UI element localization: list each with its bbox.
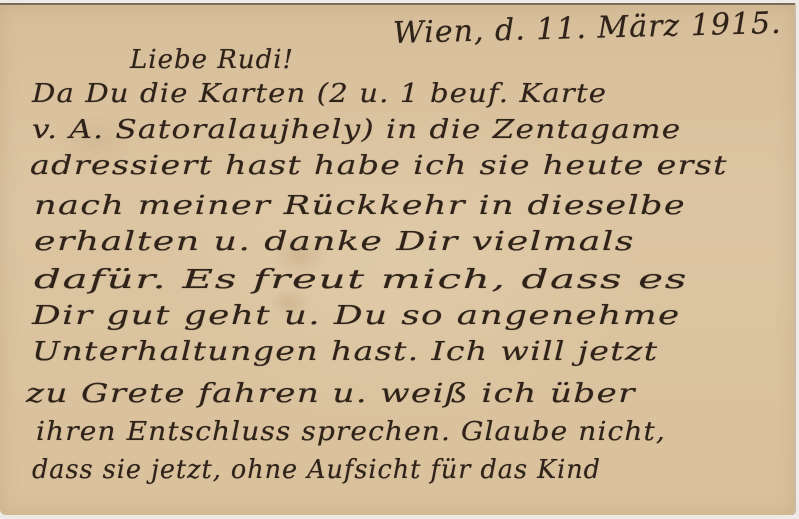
salutation: Liebe Rudi! bbox=[130, 47, 294, 73]
letter-line-11: dass sie jetzt, ohne Aufsicht für das Ki… bbox=[32, 457, 601, 483]
letter-line-3: adressiert hast habe ich sie heute erst bbox=[30, 153, 728, 179]
letter-line-9: zu Grete fahren u. weiß ich über bbox=[26, 381, 636, 407]
letter-line-6: dafür. Es freut mich, dass es bbox=[34, 267, 688, 293]
letter-line-5: erhalten u. danke Dir vielmals bbox=[34, 229, 635, 255]
letter-line-10: ihren Entschluss sprechen. Glaube nicht, bbox=[36, 419, 666, 445]
letter-line-7: Dir gut geht u. Du so angenehme bbox=[32, 303, 681, 329]
dateline: Wien, d. 11. März 1915. bbox=[393, 9, 782, 49]
postcard: Wien, d. 11. März 1915. Liebe Rudi! Da D… bbox=[0, 3, 796, 515]
letter-line-8: Unterhaltungen hast. Ich will jetzt bbox=[32, 339, 658, 365]
letter-line-4: nach meiner Rückkehr in dieselbe bbox=[34, 193, 686, 219]
letter-line-2: v. A. Satoralaujhely) in die Zentagame bbox=[32, 117, 681, 143]
letter-line-1: Da Du die Karten (2 u. 1 beuf. Karte bbox=[32, 81, 607, 107]
